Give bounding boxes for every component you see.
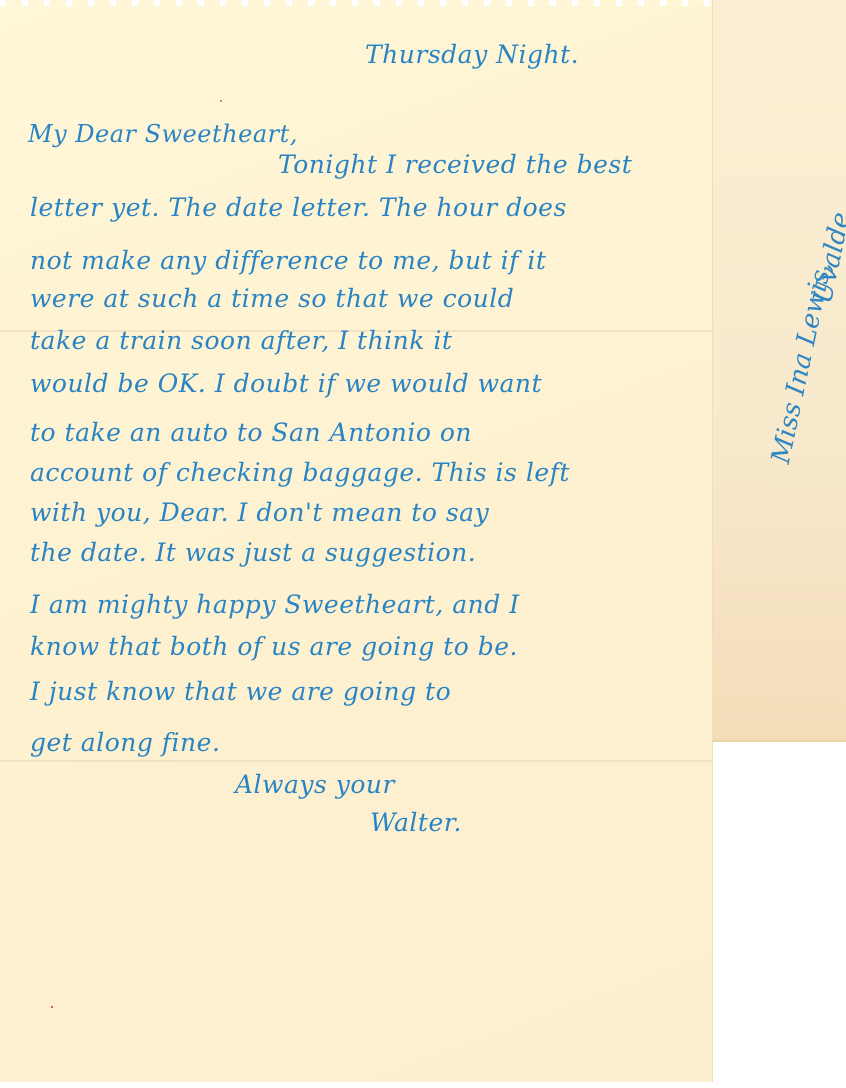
letter-line: I just know that we are going to — [30, 677, 451, 706]
letter-line: account of checking baggage. This is lef… — [30, 458, 570, 487]
letter-line: with you, Dear. I don't mean to say — [30, 498, 489, 527]
salutation: My Dear Sweetheart, — [28, 120, 298, 148]
letter-line: would be OK. I doubt if we would want — [30, 369, 542, 398]
letter-line: get along fine. — [30, 728, 220, 757]
closing: Always your — [235, 770, 395, 799]
letter-line: know that both of us are going to be. — [30, 632, 518, 661]
paper-speck — [220, 100, 222, 102]
fold-line — [0, 760, 712, 762]
letter-line: I am mighty happy Sweetheart, and I — [30, 590, 520, 619]
letter-line: not make any difference to me, but if it — [30, 246, 546, 275]
letter-line: to take an auto to San Antonio on — [30, 418, 472, 447]
dateline: Thursday Night. — [365, 40, 579, 69]
letter-line: were at such a time so that we could — [30, 284, 514, 313]
letter-line: Tonight I received the best — [278, 150, 632, 179]
letter-line: letter yet. The date letter. The hour do… — [30, 193, 567, 222]
letter-line: take a train soon after, I think it — [30, 326, 452, 355]
envelope-city: Uvalde — [808, 210, 846, 307]
paper-speck — [51, 1006, 53, 1008]
signature: Walter. — [370, 808, 462, 837]
letter-line: the date. It was just a suggestion. — [30, 538, 476, 567]
perforated-edge — [0, 0, 712, 6]
envelope: Miss Ina Lewis, Uvalde — [706, 0, 846, 742]
letter-page: Thursday Night. My Dear Sweetheart, Toni… — [0, 0, 713, 1082]
